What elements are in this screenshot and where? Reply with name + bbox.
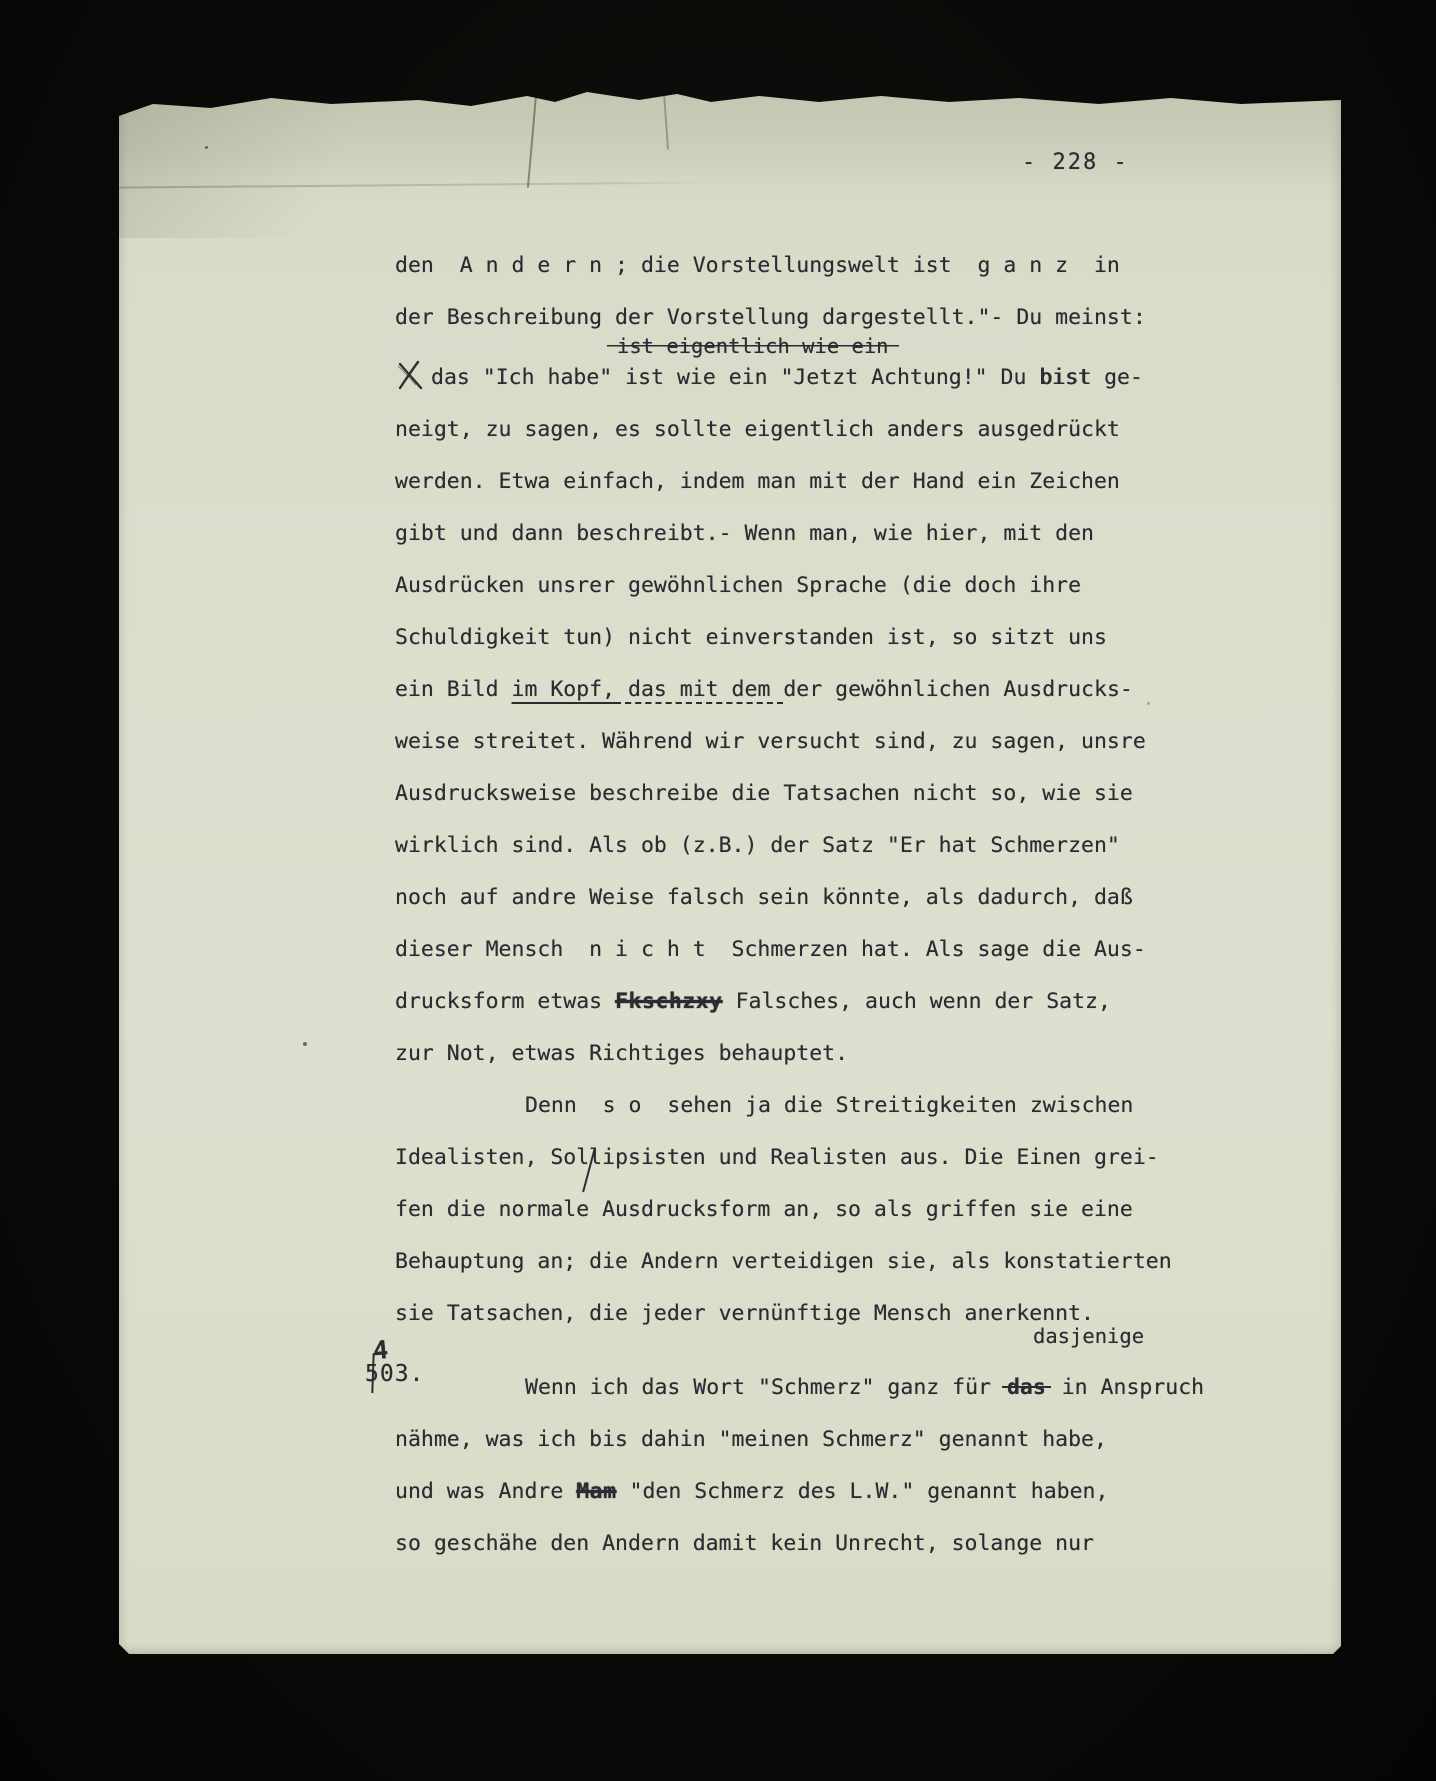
ink-speck (303, 1042, 307, 1046)
typescript-line: zur Not, etwas Richtiges behauptet. (395, 1028, 1275, 1080)
strike-hand-text: das (1002, 1375, 1051, 1400)
typescript-line: Behauptung an; die Andern verteidigen si… (395, 1236, 1275, 1288)
typescript-line: den A n d e r n ; die Vorstellungswelt i… (395, 240, 1275, 292)
typescript-line: neigt, zu sagen, es sollte eigentlich an… (395, 404, 1275, 456)
typed-text: Idealisten, Sol (395, 1145, 589, 1170)
typescript-line: Schuldigkeit tun) nicht einverstanden is… (395, 612, 1275, 664)
typed-text: dieser Mensch n i c h t Schmerzen hat. A… (395, 937, 1146, 962)
typescript-line: Ausdrücken unsrer gewöhnlichen Sprache (… (395, 560, 1275, 612)
typescript-line: werden. Etwa einfach, indem man mit der … (395, 456, 1275, 508)
u-solid-text: im Kopf, (512, 677, 616, 702)
typed-text: das "Ich habe" ist wie ein "Jetzt Achtun… (431, 365, 1039, 390)
u-dash-text: das mit dem (615, 677, 783, 702)
typescript-line: noch auf andre Weise falsch sein könnte,… (395, 872, 1275, 924)
typed-text: Schuldigkeit tun) nicht einverstanden is… (395, 625, 1107, 650)
typed-text: Ausdrucksweise beschreibe die Tatsachen … (395, 781, 1133, 806)
typescript-line: gibt und dann beschreibt.- Wenn man, wie… (395, 508, 1275, 560)
typed-text: dasjenige (1033, 1324, 1144, 1348)
typed-text: neigt, zu sagen, es sollte eigentlich an… (395, 417, 1120, 442)
typed-text: und was Andre (395, 1479, 576, 1504)
typed-text: gibt und dann beschreibt.- Wenn man, wie… (395, 521, 1094, 546)
page-number: - 228 - (1022, 150, 1129, 175)
typescript-line: weise streitet. Während wir versucht sin… (395, 716, 1275, 768)
typescript-line: Ausdrucksweise beschreibe die Tatsachen … (395, 768, 1275, 820)
typed-text: drucksform etwas (395, 989, 615, 1014)
typed-text: Falsches, auch wenn der Satz, (723, 989, 1111, 1014)
slashed-text: l (589, 1145, 602, 1170)
typed-text: Wenn ich das Wort "Schmerz" ganz für (525, 1375, 1004, 1400)
ink-speck (205, 146, 208, 149)
typed-text: "den Schmerz des L.W." genannt haben, (617, 1479, 1109, 1504)
over-text: Mam (576, 1479, 616, 1504)
typescript-text-block: den A n d e r n ; die Vorstellungswelt i… (395, 240, 1275, 1570)
typed-text: wirklich sind. Als ob (z.B.) der Satz "E… (395, 833, 1120, 858)
typed-text: werden. Etwa einfach, indem man mit der … (395, 469, 1120, 494)
typed-text: Ausdrücken unsrer gewöhnlichen Sprache (… (395, 573, 1081, 598)
typed-text: der gewöhnlichen Ausdrucks- (783, 677, 1133, 702)
typescript-line: drucksform etwas Fkschzxy Falsches, auch… (395, 976, 1275, 1028)
typed-text: weise streitet. Während wir versucht sin… (395, 729, 1146, 754)
section-margin-note: 4503. (365, 1334, 495, 1390)
typed-text: so geschähe den Andern damit kein Unrech… (395, 1531, 1094, 1556)
paper-corner-fold (119, 88, 449, 238)
typed-text: der Beschreibung der Vorstellung dargest… (395, 305, 1146, 330)
scan-background: - 228 - den A n d e r n ; die Vorstellun… (0, 0, 1436, 1781)
typescript-line: und was Andre Mam "den Schmerz des L.W."… (395, 1466, 1275, 1518)
inserted-correction-line: dasjenige (1033, 1324, 1275, 1348)
typed-text: Behauptung an; die Andern verteidigen si… (395, 1249, 1172, 1274)
typescript-line: Idealisten, Sollipsisten und Realisten a… (395, 1132, 1275, 1184)
typed-text: den A n d e r n ; die Vorstellungswelt i… (395, 253, 1120, 278)
typed-text: noch auf andre Weise falsch sein könnte,… (395, 885, 1133, 910)
handwritten-x-icon (397, 360, 423, 390)
overstruck-digit: 5 (365, 1358, 380, 1390)
typescript-line: dieser Mensch n i c h t Schmerzen hat. A… (395, 924, 1275, 976)
typescript-line: nähme, was ich bis dahin "meinen Schmerz… (395, 1414, 1275, 1466)
typescript-line: fen die normale Ausdrucksform an, so als… (395, 1184, 1275, 1236)
typed-text: ge- (1091, 365, 1143, 390)
typed-text: Denn s o sehen ja die Streitigkeiten zwi… (525, 1093, 1133, 1118)
typescript-line: so geschähe den Andern damit kein Unrech… (395, 1518, 1275, 1570)
smudge-text: bist (1039, 365, 1091, 390)
typescript-line: ein Bild im Kopf, das mit dem der gewöhn… (395, 664, 1275, 716)
typed-text: fen die normale Ausdrucksform an, so als… (395, 1197, 1133, 1222)
document-page: - 228 - den A n d e r n ; die Vorstellun… (119, 88, 1341, 1654)
typed-text: ipsisten und Realisten aus. Die Einen gr… (602, 1145, 1159, 1170)
typed-text: nähme, was ich bis dahin "meinen Schmerz… (395, 1427, 1107, 1452)
typescript-line: Denn s o sehen ja die Streitigkeiten zwi… (525, 1080, 1275, 1132)
typed-text: zur Not, etwas Richtiges behauptet. (395, 1041, 848, 1066)
over-text: Fkschzxy (615, 989, 723, 1014)
typed-text: ein Bild (395, 677, 512, 702)
typescript-line: wirklich sind. Als ob (z.B.) der Satz "E… (395, 820, 1275, 872)
typescript-line: 4503.Wenn ich das Wort "Schmerz" ganz fü… (525, 1362, 1275, 1414)
typescript-line: das "Ich habe" ist wie ein "Jetzt Achtun… (395, 352, 1275, 404)
typed-text: in Anspruch (1049, 1375, 1204, 1400)
typed-text: sie Tatsachen, die jeder vernünftige Men… (395, 1301, 1094, 1326)
